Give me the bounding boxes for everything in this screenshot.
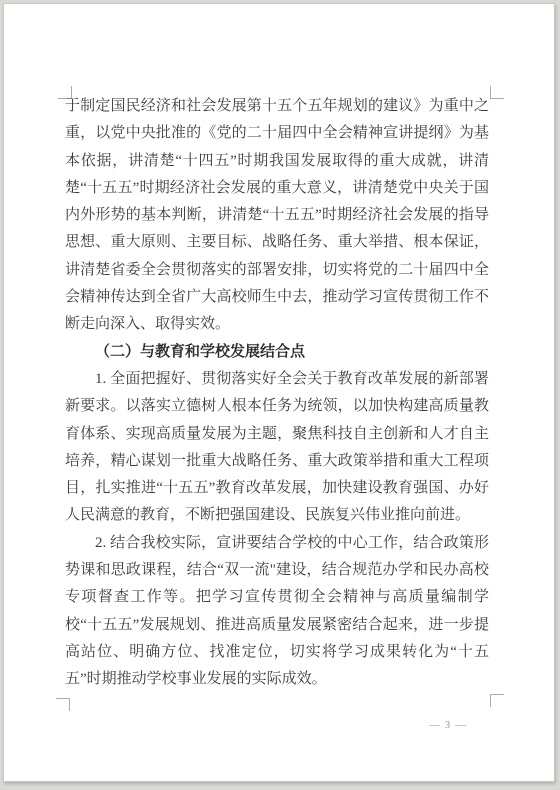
page-number: — 3 —: [408, 718, 488, 732]
document-viewer-canvas: 于制定国民经济和社会发展第十五个五年规划的建议》为重中之重，以党中央批准的《党的…: [0, 0, 560, 790]
document-body: 于制定国民经济和社会发展第十五个五年规划的建议》为重中之重，以党中央批准的《党的…: [65, 93, 489, 694]
document-page: 于制定国民经济和社会发展第十五个五年规划的建议》为重中之重，以党中央批准的《党的…: [3, 3, 555, 782]
section-heading: （二）与教育和学校发展结合点: [65, 339, 489, 366]
text-boundary-mark-bottom-right: [490, 694, 504, 707]
text-boundary-mark-top-right: [490, 86, 504, 99]
text-boundary-mark-bottom-left: [56, 698, 70, 711]
paragraph-item-2: 2. 结合我校实际，宣讲要结合学校的中心工作，结合政策形势课和思政课程，结合“双…: [65, 530, 489, 694]
paragraph-continuation: 于制定国民经济和社会发展第十五个五年规划的建议》为重中之重，以党中央批准的《党的…: [65, 93, 489, 339]
page-number-label: — 3 —: [429, 719, 467, 731]
paragraph-item-1: 1. 全面把握好、贯彻落实好全会关于教育改革发展的新部署新要求。以落实立德树人根…: [65, 366, 489, 530]
